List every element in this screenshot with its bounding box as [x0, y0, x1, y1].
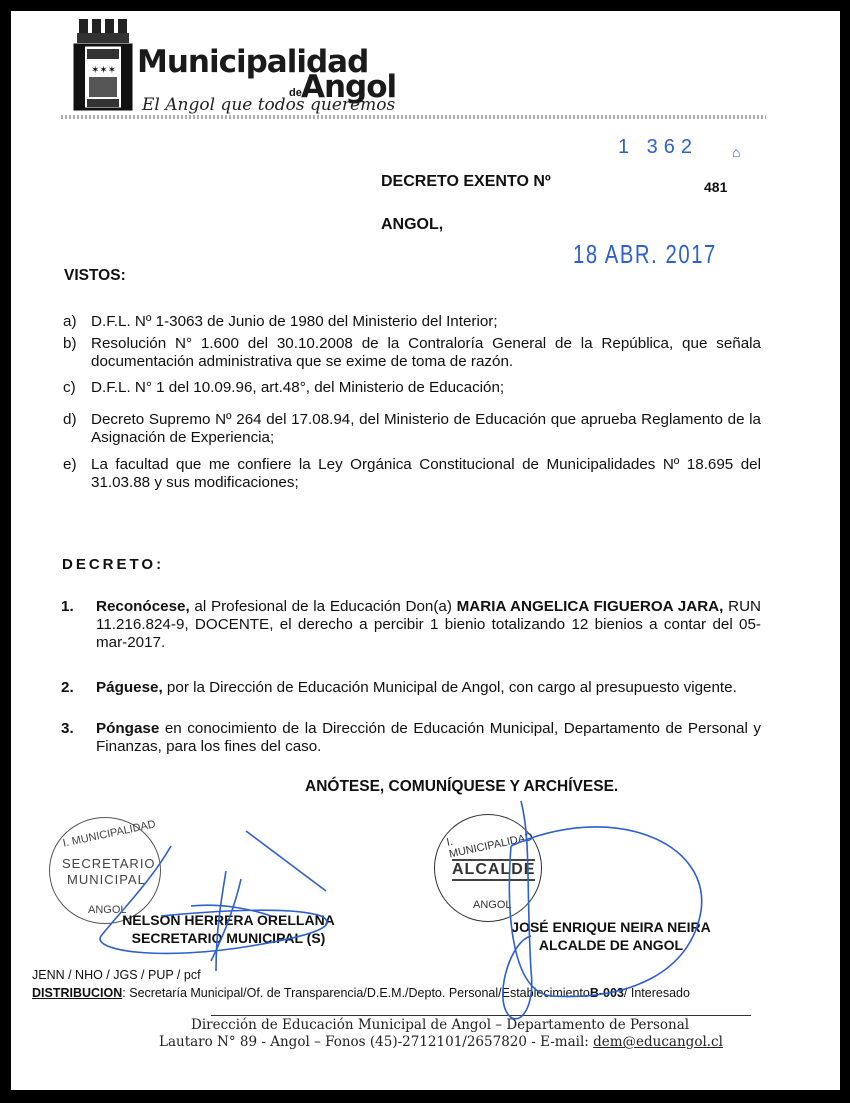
distribution-label: DISTRIBUCION [32, 986, 122, 1000]
visto-item: a) D.F.L. Nº 1-3063 de Junio de 1980 del… [63, 313, 763, 333]
place: ANGOL, [381, 216, 443, 234]
visto-label: b) [63, 335, 77, 353]
visto-text: La facultad que me confiere la Ley Orgán… [91, 456, 761, 492]
footer-email-link[interactable]: dem@educangol.cl [593, 1034, 723, 1050]
distribution-line: DISTRIBUCION: Secretaría Municipal/Of. d… [32, 986, 690, 1000]
visto-text: Decreto Supremo Nº 264 del 17.08.94, del… [91, 411, 761, 447]
mayor-seal: I. MUNICIPALIDAD ALCALDE ANGOL [434, 814, 542, 922]
seal-text: I. MUNICIPALIDAD [446, 817, 543, 860]
decree-article: 3. Póngase en conocimiento de la Direcci… [61, 720, 766, 760]
footer-contact: Lautaro N° 89 - Angol – Fonos (45)-27121… [159, 1034, 723, 1050]
article-body: en conocimiento de la Dirección de Educa… [96, 720, 761, 755]
establishment-code: B-003 [590, 986, 624, 1000]
coat-of-arms-icon: ✶✶✶ [73, 17, 133, 113]
signatory-name: NELSON HERRERA ORELLANA [111, 911, 346, 929]
visto-label: d) [63, 411, 77, 429]
document-title: DECRETO EXENTO Nº [381, 173, 551, 191]
decreto-heading: DECRETO: [62, 556, 164, 573]
distribution-text: / Interesado [624, 986, 690, 1000]
signatory-name: JOSÉ ENRIQUE NEIRA NEIRA [501, 918, 721, 936]
decree-article: 2. Páguese, por la Dirección de Educació… [61, 679, 766, 699]
date-stamp: 18 ABR. 2017 [573, 239, 717, 270]
vistos-heading: VISTOS: [64, 267, 126, 285]
registry-number-stamp: 1 362 [618, 136, 698, 159]
decree-article: 1. Reconócese, al Profesional de la Educ… [61, 598, 766, 658]
article-body: al Profesional de la Educación Don(a) [190, 598, 457, 615]
visto-label: e) [63, 456, 77, 474]
footer-address: Lautaro N° 89 - Angol – Fonos (45)-27121… [159, 1034, 593, 1050]
signatory-role: SECRETARIO MUNICIPAL (S) [111, 929, 346, 947]
secretary-signature-block: NELSON HERRERA ORELLANA SECRETARIO MUNIC… [111, 911, 346, 947]
visto-label: a) [63, 313, 77, 331]
secretary-seal: I. MUNICIPALIDAD SECRETARIO MUNICIPAL AN… [49, 817, 161, 924]
visto-item: e) La facultad que me confiere la Ley Or… [63, 456, 763, 496]
seal-text: I. MUNICIPALIDAD [62, 818, 157, 849]
visto-text: Resolución N° 1.600 del 30.10.2008 de la… [91, 335, 761, 371]
closing-formula: ANÓTESE, COMUNÍQUESE Y ARCHÍVESE. [305, 778, 618, 796]
article-number: 2. [61, 679, 74, 697]
article-verb: Páguese, [96, 679, 163, 696]
visto-text: D.F.L. Nº 1-3063 de Junio de 1980 del Mi… [91, 313, 761, 331]
article-verb: Póngase [96, 720, 159, 737]
article-body: por la Dirección de Educación Municipal … [163, 679, 737, 696]
seal-text: ANGOL [473, 899, 512, 911]
article-number: 3. [61, 720, 74, 738]
beneficiary-name: MARIA ANGELICA FIGUEROA JARA, [457, 598, 724, 615]
decree-number: 481 [704, 179, 727, 195]
seal-text: ALCALDE [452, 859, 535, 881]
article-text: Páguese, por la Dirección de Educación M… [96, 679, 761, 697]
seal-text: SECRETARIO [62, 856, 156, 871]
article-verb: Reconócese, [96, 598, 190, 615]
svg-text:✶✶✶: ✶✶✶ [91, 65, 116, 76]
header-divider [61, 115, 766, 119]
article-text: Póngase en conocimiento de la Dirección … [96, 720, 761, 756]
footer-department: Dirección de Educación Municipal de Ango… [191, 1017, 689, 1033]
visto-item: b) Resolución N° 1.600 del 30.10.2008 de… [63, 335, 763, 375]
article-text: Reconócese, al Profesional de la Educaci… [96, 598, 761, 652]
initials: JENN / NHO / JGS / PUP / pcf [32, 968, 201, 982]
footer-divider [211, 1015, 751, 1016]
signatory-role: ALCALDE DE ANGOL [501, 936, 721, 954]
slogan: El Angol que todos queremos [142, 95, 395, 115]
distribution-text: : Secretaría Municipal/Of. de Transparen… [122, 986, 590, 1000]
mayor-signature-block: JOSÉ ENRIQUE NEIRA NEIRA ALCALDE DE ANGO… [501, 918, 721, 954]
document-page: ✶✶✶ Municipalidad de Angol El Angol que … [11, 11, 840, 1090]
seal-text: MUNICIPAL [67, 872, 146, 887]
visto-text: D.F.L. N° 1 del 10.09.96, art.48°, del M… [91, 379, 761, 397]
stamp-mark-icon: ⌂ [732, 144, 740, 160]
visto-item: c) D.F.L. N° 1 del 10.09.96, art.48°, de… [63, 379, 763, 399]
visto-label: c) [63, 379, 76, 397]
visto-item: d) Decreto Supremo Nº 264 del 17.08.94, … [63, 411, 763, 451]
article-number: 1. [61, 598, 74, 616]
